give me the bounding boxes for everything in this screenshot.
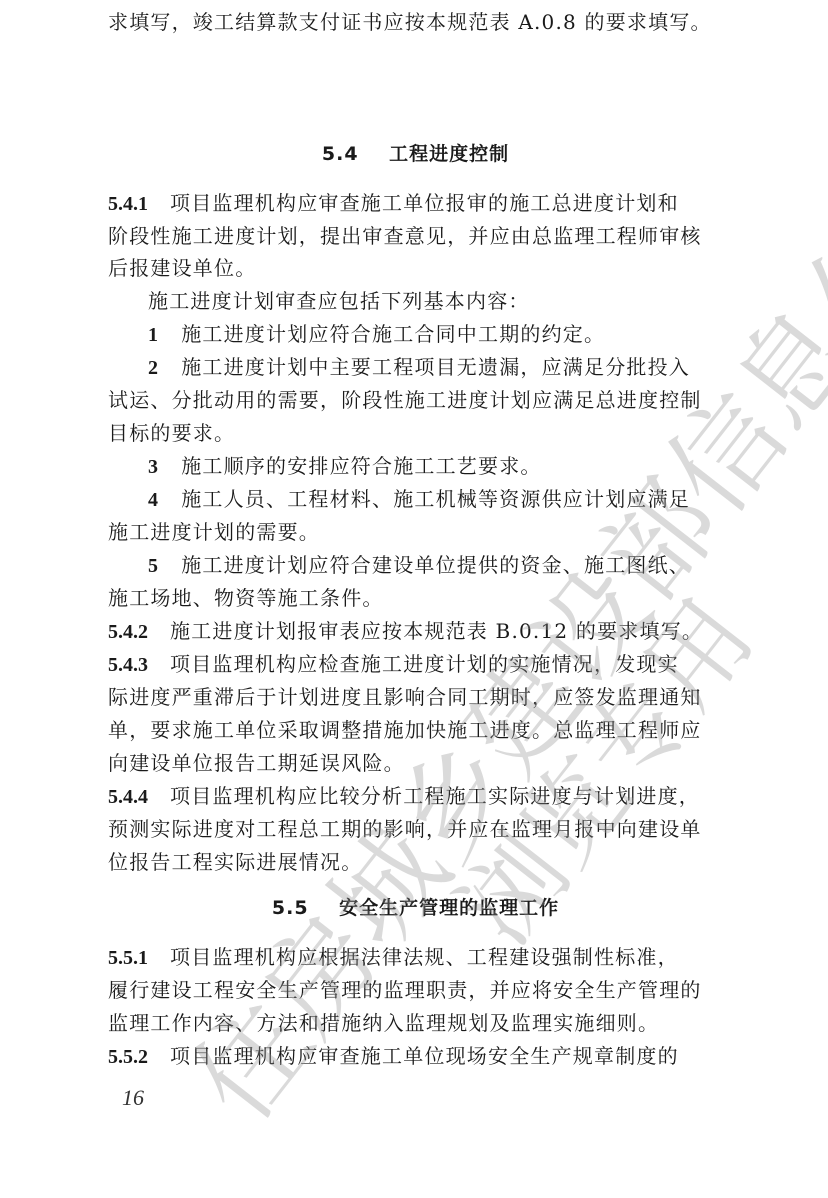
clause-5-4-1-line-1: 5.4.1项目监理机构应审查施工单位报审的施工总进度计划和: [108, 189, 679, 218]
item-text: 施工顺序的安排应符合施工工艺要求。: [181, 454, 541, 478]
list-item-2: 2施工进度计划中主要工程项目无遗漏，应满足分批投入: [148, 353, 690, 382]
item-number: 3: [148, 456, 159, 478]
section-heading-5-5: 5.5 安全生产管理的监理工作: [108, 894, 723, 922]
clause-text: 项目监理机构应审查施工单位报审的施工总进度计划和: [170, 191, 679, 215]
clause-5-4-3-line-1: 5.4.3项目监理机构应检查施工进度计划的实施情况，发现实: [108, 650, 679, 679]
item-number: 4: [148, 489, 159, 511]
section-title: 工程进度控制: [389, 143, 509, 165]
list-item-5: 5施工进度计划应符合建设单位提供的资金、施工图纸、: [148, 551, 690, 580]
clause-text: 项目监理机构应根据法律法规、工程建设强制性标准，: [170, 945, 679, 969]
clause-5-4-3-line-3: 单，要求施工单位采取调整措施加快施工进度。总监理工程师应: [108, 716, 702, 744]
list-item-3: 3施工顺序的安排应符合施工工艺要求。: [148, 452, 542, 481]
page-number: 16: [122, 1085, 144, 1111]
clause-5-4-4-line-3: 位报告工程实际进展情况。: [108, 848, 362, 876]
list-item-5-line-2: 施工场地、物资等施工条件。: [108, 584, 384, 612]
list-item-2-line-2: 试运、分批动用的需要，阶段性施工进度计划应满足总进度控制: [108, 386, 702, 414]
clause-number: 5.4.1: [108, 193, 148, 215]
clause-5-4-3-line-2: 际进度严重滞后于计划进度且影响合同工期时，应签发监理通知: [108, 683, 702, 711]
item-number: 1: [148, 324, 159, 346]
item-text: 施工进度计划应符合施工合同中工期的约定。: [181, 322, 605, 346]
section-number: 5.4: [322, 143, 359, 165]
clause-5-5-1-line-2: 履行建设工程安全生产管理的监理职责，并应将安全生产管理的: [108, 976, 702, 1004]
clause-text: 施工进度计划报审表应按本规范表 B.0.12 的要求填写。: [170, 619, 703, 643]
clause-number: 5.4.3: [108, 654, 148, 676]
item-text: 施工人员、工程材料、施工机械等资源供应计划应满足: [181, 487, 690, 511]
item-text: 施工进度计划中主要工程项目无遗漏，应满足分批投入: [181, 355, 690, 379]
item-number: 5: [148, 555, 159, 577]
section-heading-5-4: 5.4 工程进度控制: [108, 140, 723, 168]
clause-5-4-1-line-3: 后报建设单位。: [108, 254, 256, 282]
clause-number: 5.4.4: [108, 786, 148, 808]
clause-5-4-4-line-1: 5.4.4项目监理机构应比较分析工程施工实际进度与计划进度，: [108, 782, 700, 811]
clause-number: 5.4.2: [108, 621, 148, 643]
list-item-1: 1施工进度计划应符合施工合同中工期的约定。: [148, 320, 605, 349]
clause-5-5-1-line-1: 5.5.1项目监理机构应根据法律法规、工程建设强制性标准，: [108, 943, 679, 972]
section-title: 安全生产管理的监理工作: [339, 897, 559, 919]
clause-5-4-2: 5.4.2施工进度计划报审表应按本规范表 B.0.12 的要求填写。: [108, 617, 703, 646]
clause-5-5-2-line-1: 5.5.2项目监理机构应审查施工单位现场安全生产规章制度的: [108, 1042, 679, 1071]
list-item-4: 4施工人员、工程材料、施工机械等资源供应计划应满足: [148, 485, 690, 514]
clause-5-4-1-intro: 施工进度计划审查应包括下列基本内容：: [148, 287, 530, 315]
section-number: 5.5: [272, 897, 309, 919]
list-item-4-line-2: 施工进度计划的需要。: [108, 518, 320, 546]
clause-5-4-4-line-2: 预测实际进度对工程总工期的影响，并应在监理月报中向建设单: [108, 815, 702, 843]
clause-number: 5.5.1: [108, 947, 148, 969]
clause-text: 项目监理机构应检查施工进度计划的实施情况，发现实: [170, 652, 679, 676]
list-item-2-line-3: 目标的要求。: [108, 419, 235, 447]
continuation-line: 求填写，竣工结算款支付证书应按本规范表 A.0.8 的要求填写。: [108, 8, 712, 36]
item-text: 施工进度计划应符合建设单位提供的资金、施工图纸、: [181, 553, 690, 577]
clause-text: 项目监理机构应比较分析工程施工实际进度与计划进度，: [170, 784, 700, 808]
clause-text: 项目监理机构应审查施工单位现场安全生产规章制度的: [170, 1044, 679, 1068]
clause-5-4-1-line-2: 阶段性施工进度计划，提出审查意见，并应由总监理工程师审核: [108, 222, 702, 250]
item-number: 2: [148, 357, 159, 379]
clause-number: 5.5.2: [108, 1046, 148, 1068]
clause-5-4-3-line-4: 向建设单位报告工期延误风险。: [108, 749, 405, 777]
clause-5-5-1-line-3: 监理工作内容、方法和措施纳入监理规划及监理实施细则。: [108, 1009, 659, 1037]
